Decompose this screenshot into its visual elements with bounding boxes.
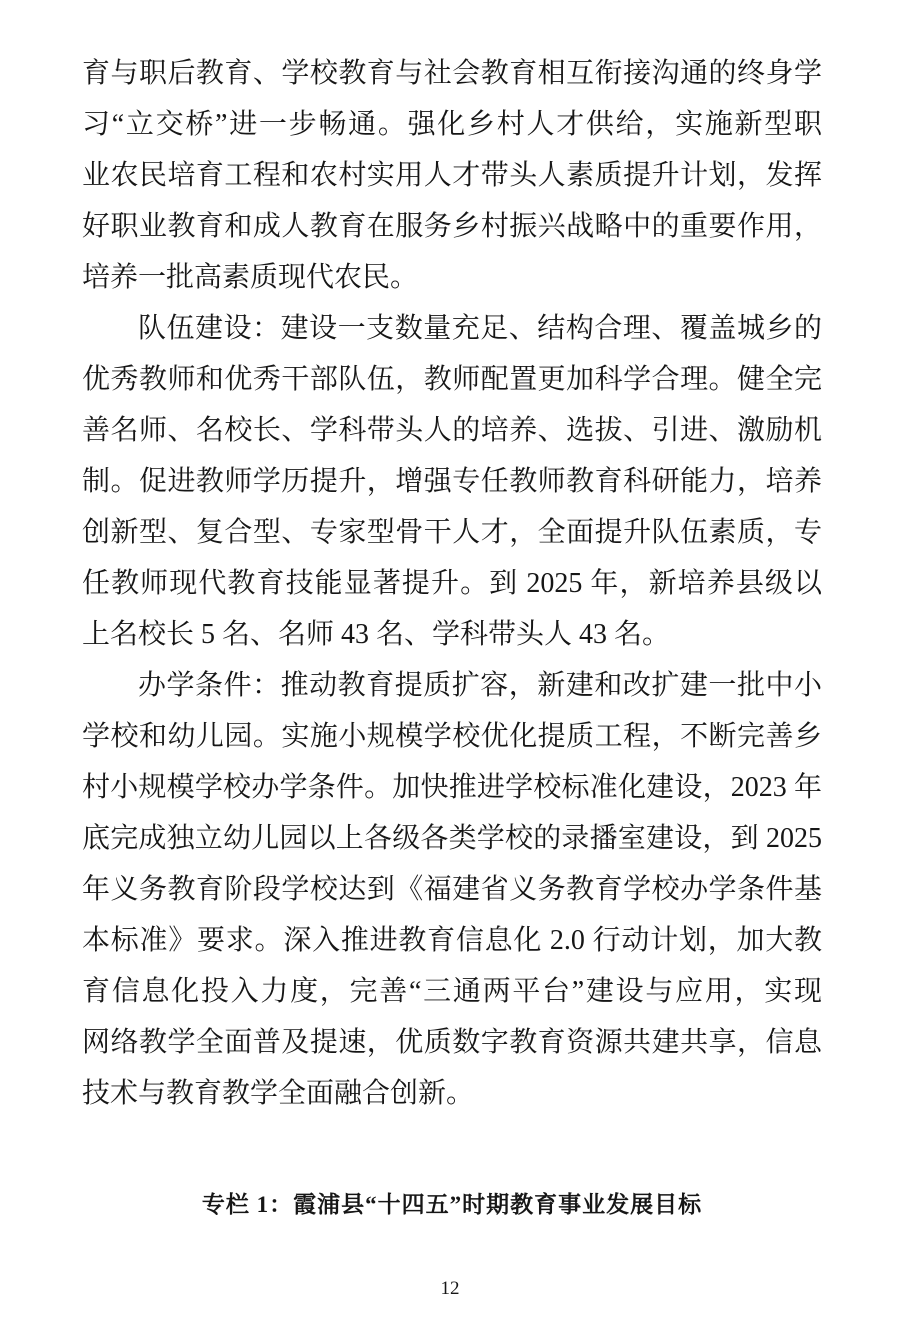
text-line: 本标准》要求。深入推进教育信息化 2.0 行动计划，加大教 xyxy=(82,915,822,966)
text-line: 制。促进教师学历提升，增强专任教师教育科研能力，培养 xyxy=(82,456,822,507)
text-line: 好职业教育和成人教育在服务乡村振兴战略中的重要作用， xyxy=(82,201,822,252)
text-line: 底完成独立幼儿园以上各级各类学校的录播室建设，到 2025 xyxy=(82,813,822,864)
text-line: 学校和幼儿园。实施小规模学校优化提质工程，不断完善乡 xyxy=(82,711,822,762)
callout-heading: 专栏 1：霞浦县“十四五”时期教育事业发展目标 xyxy=(82,1186,822,1219)
text-line: 队伍建设：建设一支数量充足、结构合理、覆盖城乡的 xyxy=(82,303,822,354)
text-line: 网络教学全面普及提速，优质数字教育资源共建共享，信息 xyxy=(82,1017,822,1068)
text-line: 善名师、名校长、学科带头人的培养、选拔、引进、激励机 xyxy=(82,405,822,456)
text-line: 育与职后教育、学校教育与社会教育相互衔接沟通的终身学 xyxy=(82,48,822,99)
text-line: 办学条件：推动教育提质扩容，新建和改扩建一批中小 xyxy=(82,660,822,711)
text-line: 培养一批高素质现代农民。 xyxy=(82,252,822,303)
text-line: 任教师现代教育技能显著提升。到 2025 年，新培养县级以 xyxy=(82,558,822,609)
text-line: 年义务教育阶段学校达到《福建省义务教育学校办学条件基 xyxy=(82,864,822,915)
text-line: 上名校长 5 名、名师 43 名、学科带头人 43 名。 xyxy=(82,609,822,660)
page-number: 12 xyxy=(0,1278,900,1300)
document-page: 育与职后教育、学校教育与社会教育相互衔接沟通的终身学习“立交桥”进一步畅通。强化… xyxy=(0,0,900,1320)
text-line: 习“立交桥”进一步畅通。强化乡村人才供给，实施新型职 xyxy=(82,99,822,150)
text-line: 优秀教师和优秀干部队伍，教师配置更加科学合理。健全完 xyxy=(82,354,822,405)
text-line: 技术与教育教学全面融合创新。 xyxy=(82,1068,822,1119)
document-body: 育与职后教育、学校教育与社会教育相互衔接沟通的终身学习“立交桥”进一步畅通。强化… xyxy=(82,48,822,1119)
text-line: 创新型、复合型、专家型骨干人才，全面提升队伍素质，专 xyxy=(82,507,822,558)
text-line: 育信息化投入力度，完善“三通两平台”建设与应用，实现 xyxy=(82,966,822,1017)
text-line: 业农民培育工程和农村实用人才带头人素质提升计划，发挥 xyxy=(82,150,822,201)
text-line: 村小规模学校办学条件。加快推进学校标准化建设，2023 年 xyxy=(82,762,822,813)
